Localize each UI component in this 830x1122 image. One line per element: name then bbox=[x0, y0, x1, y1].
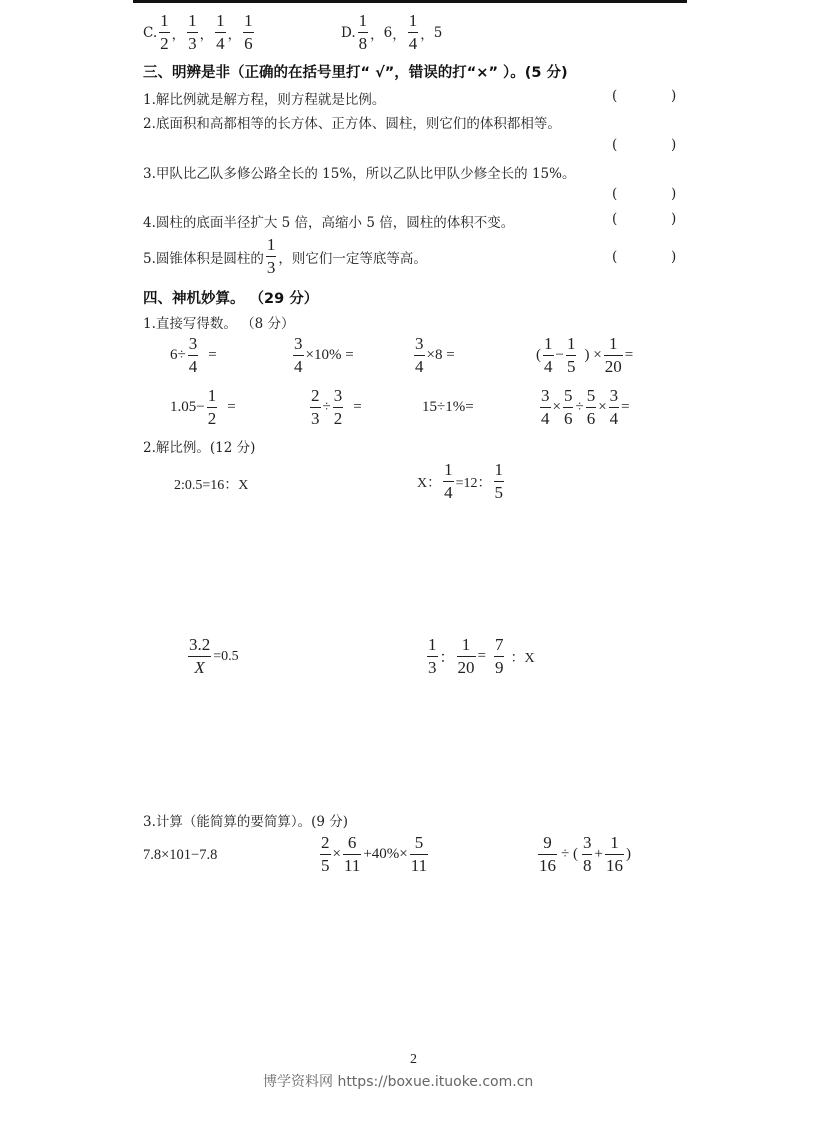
calc-2: 25 × 611 +40%× 511 bbox=[318, 834, 430, 875]
oral-calc-1: 6÷ 34 = bbox=[170, 335, 217, 376]
fraction: 18 bbox=[358, 12, 369, 53]
fraction: 14 bbox=[215, 12, 226, 53]
tf-item-5: 5.圆锥体积是圆柱的 13 ，则它们一定等底等高。 bbox=[143, 236, 427, 277]
watermark-link[interactable]: 博学资料网 https://boxue.ituoke.com.cn bbox=[263, 1071, 533, 1091]
fraction: 13 bbox=[187, 12, 198, 53]
answer-paren-open[interactable]: ( bbox=[612, 249, 617, 265]
answer-paren-open[interactable]: ( bbox=[612, 211, 617, 227]
calc-1: 7.8×101−7.8 bbox=[143, 847, 217, 864]
answer-paren-close: ) bbox=[671, 88, 676, 104]
tf-item-3: 3.甲队比乙队多修公路全长的 15%，所以乙队比甲队少修全长的 15%。 bbox=[143, 162, 575, 182]
option-d-label: D. bbox=[341, 25, 356, 41]
oral-calc-4: ( 14 − 15 ) × 120 = bbox=[536, 335, 633, 376]
answer-paren-open[interactable]: ( bbox=[612, 186, 617, 202]
proportion-4: 13 ： 120 = 79 ：X bbox=[425, 636, 535, 677]
oral-calc-7: 15÷1%= bbox=[422, 399, 474, 416]
option-c: C. 12 ， 13 ， 14 ， 16 bbox=[143, 12, 256, 53]
proportion-2: X： 14 =12： 15 bbox=[417, 461, 506, 502]
top-rule bbox=[133, 0, 687, 3]
tf-item-1: 1.解比例就是解方程，则方程就是比例。 bbox=[143, 88, 385, 108]
part-2-title: 2.解比例。(12 分) bbox=[143, 436, 255, 456]
calc-3: 916 ÷ ( 38 + 116 ) bbox=[536, 834, 631, 875]
fraction: 13 bbox=[266, 236, 277, 277]
part-1-title: 1.直接写得数。 （8 分） bbox=[143, 312, 295, 332]
tf-item-4: 4.圆柱的底面半径扩大 5 倍，高缩小 5 倍，圆柱的体积不变。 bbox=[143, 211, 514, 231]
section-3-heading: 三、明辨是非（正确的在括号里打“ √”，错误的打“×” ）。(5 分) bbox=[143, 61, 568, 82]
answer-paren-close: ) bbox=[671, 137, 676, 153]
answer-paren-open[interactable]: ( bbox=[612, 137, 617, 153]
proportion-3: 3.2X =0.5 bbox=[186, 636, 239, 677]
answer-paren-open[interactable]: ( bbox=[612, 88, 617, 104]
oral-calc-5: 1.05− 12 = bbox=[170, 387, 236, 428]
section-4-heading: 四、神机妙算。 （29 分） bbox=[143, 287, 318, 308]
answer-paren-close: ) bbox=[671, 249, 676, 265]
oral-calc-2: 34 ×10% = bbox=[291, 335, 354, 376]
tf-item-2: 2.底面积和高都相等的长方体、正方体、圆柱，则它们的体积都相等。 bbox=[143, 112, 561, 132]
oral-calc-6: 23 ÷ 32 = bbox=[308, 387, 362, 428]
option-d: D. 18 ， 6 ， 14 ， 5 bbox=[341, 12, 442, 53]
part-3-title: 3.计算（能简算的要简算）。(9 分) bbox=[143, 810, 348, 830]
page-number: 2 bbox=[410, 1052, 417, 1068]
proportion-1: 2:0.5=16：X bbox=[174, 474, 248, 494]
answer-paren-close: ) bbox=[671, 211, 676, 227]
fraction: 12 bbox=[159, 12, 170, 53]
option-c-label: C. bbox=[143, 25, 157, 41]
fraction: 14 bbox=[408, 12, 419, 53]
oral-calc-3: 34 ×8 = bbox=[412, 335, 455, 376]
fraction: 16 bbox=[243, 12, 254, 53]
answer-paren-close: ) bbox=[671, 186, 676, 202]
oral-calc-8: 34 × 56 ÷ 56 × 34 = bbox=[538, 387, 630, 428]
